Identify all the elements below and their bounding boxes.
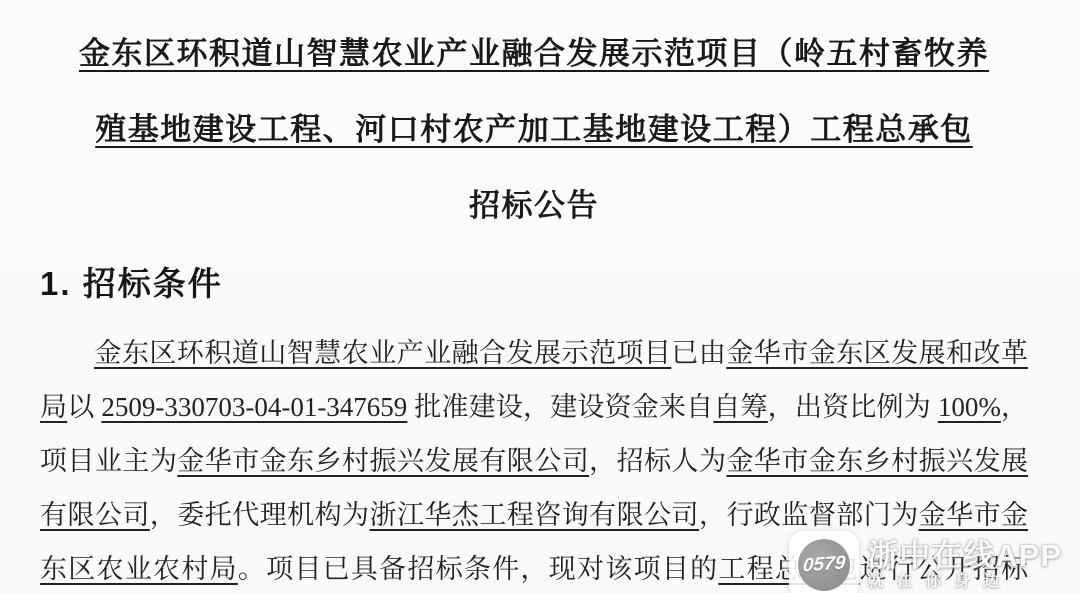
body-text: 已由 (671, 338, 726, 368)
body-text: ，行政监督部门为 (699, 500, 919, 530)
underlined-text: 金华市金 (919, 500, 1028, 530)
underlined-text: 有限公司 (40, 500, 150, 530)
underlined-text: 100% (938, 392, 1001, 422)
document-page: 金东区环积道山智慧农业产业融合发展示范项目（岭五村畜牧养殖基地建设工程、河口村农… (0, 0, 1080, 593)
underlined-text: 金华市金东乡村振兴发展有限公司 (177, 446, 589, 476)
body-text: 批准建设，建设资金来自 (407, 392, 713, 422)
body-text: ，委托代理机构为 (150, 500, 370, 530)
title-line: 招标公告 (40, 168, 1028, 244)
paragraph-line: 项目业主为金华市金东乡村振兴发展有限公司，招标人为金华市金东乡村振兴发展 (40, 434, 1028, 488)
body-text: 。项目已具备招标条件，现对该项目的 (238, 554, 719, 584)
paragraph-line: 东区农业农村局。项目已具备招标条件，现对该项目的工程总承包进行公开招标 (40, 542, 1028, 593)
underlined-text: 东区农业农村局 (40, 554, 238, 584)
document-title: 金东区环积道山智慧农业产业融合发展示范项目（岭五村畜牧养殖基地建设工程、河口村农… (40, 16, 1028, 244)
underlined-text: 自筹 (713, 392, 767, 422)
body-text: 以 (67, 392, 101, 422)
underlined-text: 金华市金东区发展和改革 (726, 338, 1028, 368)
body-paragraph: 金东区环积道山智慧农业产业融合发展示范项目已由金华市金东区发展和改革局以 250… (40, 326, 1028, 593)
paragraph-line: 有限公司，委托代理机构为浙江华杰工程咨询有限公司，行政监督部门为金华市金 (40, 488, 1028, 542)
underlined-text: 局 (40, 392, 67, 422)
section-heading: 1. 招标条件 (40, 258, 1028, 305)
paragraph-line: 金东区环积道山智慧农业产业融合发展示范项目已由金华市金东区发展和改革 (40, 326, 1028, 380)
underlined-text: 金华市金东乡村振兴发展 (726, 446, 1028, 476)
underlined-text: 2509-330703-04-01-347659 (101, 392, 407, 422)
underlined-text: 工程总承包 (718, 554, 859, 584)
body-text: 进行公开招标 (860, 554, 1028, 584)
body-text: 项目业主为 (40, 446, 177, 476)
underlined-text: 浙江华杰工程咨询有限公司 (370, 500, 700, 530)
paragraph-line: 局以 2509-330703-04-01-347659 批准建设，建设资金来自自… (40, 380, 1028, 434)
title-line: 殖基地建设工程、河口村农产加工基地建设工程）工程总承包 (40, 92, 1028, 168)
body-text: ，出资比例为 (768, 392, 938, 422)
body-text: ，招标人为 (589, 446, 726, 476)
body-text: ， (1001, 392, 1028, 422)
underlined-text: 金东区环积道山智慧农业产业融合发展示范项目 (94, 338, 671, 368)
title-line: 金东区环积道山智慧农业产业融合发展示范项目（岭五村畜牧养 (40, 16, 1028, 92)
